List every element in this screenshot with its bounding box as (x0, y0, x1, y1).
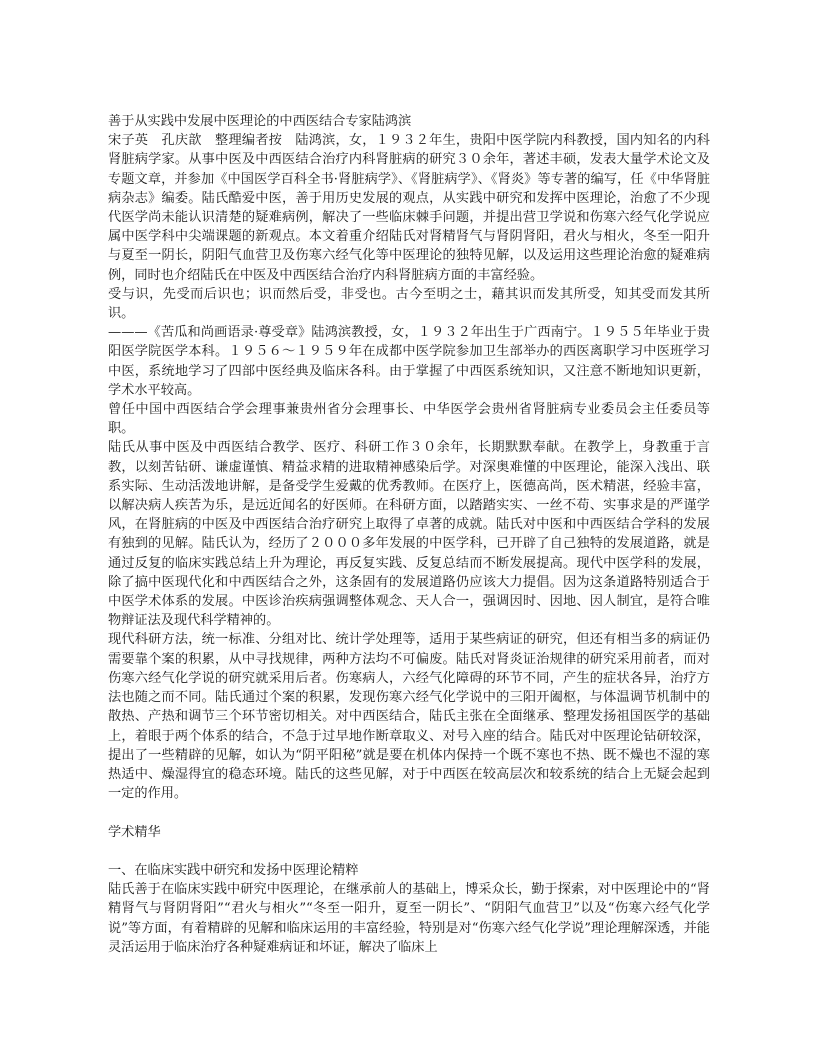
document-page: 善于从实践中发展中医理论的中西医结合专家陆鸿滨 宋子英 孔庆歆 整理编者按 陆鸿… (108, 112, 710, 957)
paragraph-career: 陆氏从事中医及中西医结合教学、医疗、科研工作３０余年，长期默默奉献。在教学上，身… (108, 438, 710, 630)
paragraph-positions: 曾任中国中西医结合学会理事兼贵州省分会理事长、中华医学会贵州省肾脏病专业委员会主… (108, 400, 710, 438)
paragraph-biography: ———《苦瓜和尚画语录·尊受章》陆鸿滨教授，女，１９３２年出生于广西南宁。１９５… (108, 323, 710, 400)
paragraph-research-methods: 现代科研方法，统一标准、分组对比、统计学处理等，适用于某些病证的研究，但还有相当… (108, 630, 710, 803)
paragraph-editor-note: 宋子英 孔庆歆 整理编者按 陆鸿滨，女，１９３２年生，贵阳中医学院内科教授，国内… (108, 131, 710, 285)
document-title: 善于从实践中发展中医理论的中西医结合专家陆鸿滨 (108, 112, 710, 131)
subsection-heading: 一、在临床实践中研究和发扬中医理论精粹 (108, 861, 710, 880)
spacer (108, 842, 710, 861)
spacer (108, 803, 710, 822)
section-heading: 学术精华 (108, 823, 710, 842)
subsection-paragraph: 陆氏善于在临床实践中研究中医理论，在继承前人的基础上，博采众长，勤于探索，对中医… (108, 880, 710, 957)
paragraph-quote: 受与识，先受而后识也；识而然后受，非受也。古今至明之士，藉其识而发其所受，知其受… (108, 285, 710, 323)
